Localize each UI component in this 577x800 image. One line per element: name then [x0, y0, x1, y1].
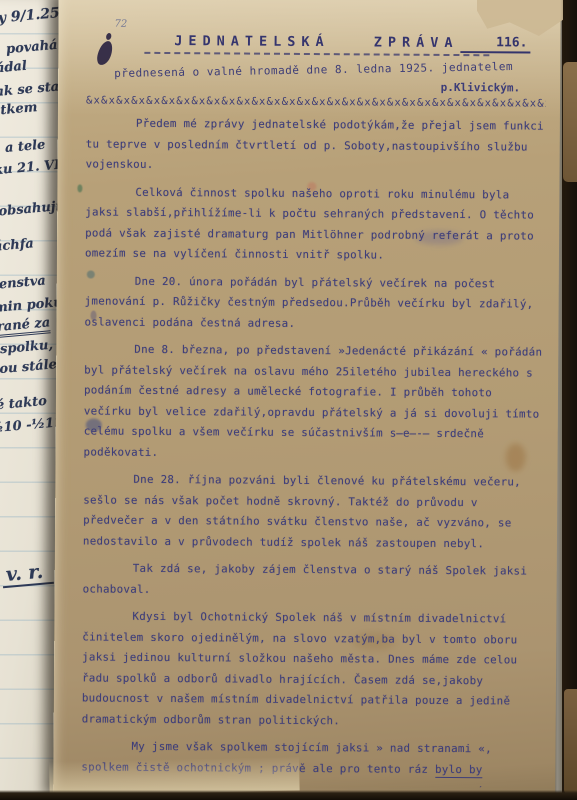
typed-separator-row: &x&x&x&x&x&x&x&x&x&x&x&x&x&x&x&x&x&x&x&x…	[86, 94, 546, 109]
margin-ink-mark	[77, 184, 82, 192]
paragraph: Kdysi byl Ochotnický Spolek náš v místní…	[82, 606, 543, 732]
scanned-document-scene: dy 9/1.25. povahá ádal Pak se stalo átke…	[0, 0, 577, 800]
bottom-binding-shadow	[0, 790, 577, 800]
paragraph: Dne 28. října pozváni byli členové ku př…	[83, 469, 544, 554]
paragraph: Tak zdá se, jakoby zájem členstva o star…	[83, 558, 543, 602]
typed-report-page: 72 116. JEDNATELSKÁ ZPRÁVA přednesená o …	[53, 0, 561, 796]
underlying-page-scrap	[563, 62, 577, 182]
handwriting-fragment: ádal	[0, 59, 27, 77]
paragraph: Dne 20. února pořádán byl přátelský večí…	[84, 271, 544, 336]
underlined-phrase: bylo by	[435, 762, 483, 777]
paragraph: Dne 8. března, po představení »Jedenácté…	[84, 339, 545, 465]
page-number: 116.	[460, 35, 530, 53]
typed-content: 116. JEDNATELSKÁ ZPRÁVA přednesená o val…	[81, 4, 546, 787]
paragraph: Celková činnost spolku našeho oproti rok…	[85, 182, 546, 267]
paragraph: Předem mé zprávy jednatelské podotýkám,ž…	[86, 113, 546, 178]
handwriting-signature: v. r.	[1, 560, 54, 588]
underlying-page-scrap	[564, 689, 577, 794]
report-subtitle: přednesená o valné hromadě dne 8. ledna …	[86, 59, 546, 80]
report-author: p.Klivickým.	[86, 78, 546, 94]
